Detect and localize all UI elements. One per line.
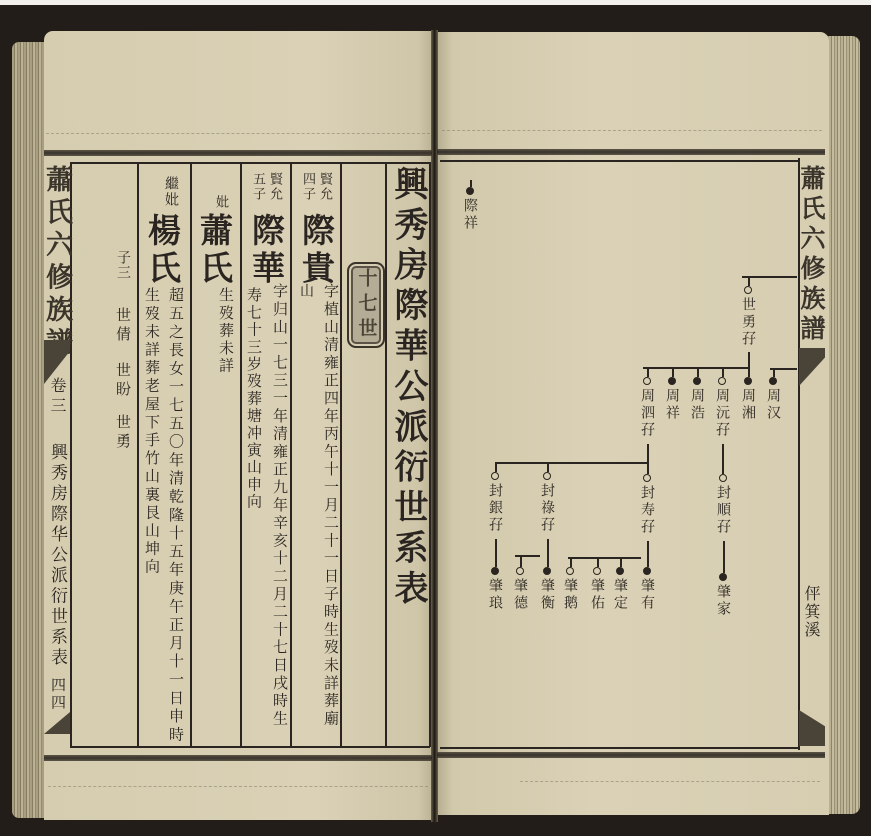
left-bottom-faint-rule (48, 786, 428, 787)
tree-node-name: 周泗孖 (640, 388, 654, 439)
tree-node-name: 封寿孖 (640, 485, 654, 536)
generation-badge-label: 十七世 (357, 268, 376, 343)
tree-node-name: 封順孖 (716, 485, 730, 536)
filled-dot-icon (744, 377, 752, 385)
tree-node-name: 周祥 (665, 388, 679, 422)
tree-connector (470, 180, 472, 187)
tree-connector (570, 557, 572, 567)
left-bottom-thick-rule (44, 755, 432, 761)
left-top-thin-rule (70, 162, 430, 164)
open-circle-icon (566, 567, 574, 575)
column-divider (137, 162, 139, 747)
left-bottom-thin-rule (70, 746, 430, 748)
tree-connector (620, 557, 622, 567)
top-border-strip (0, 0, 871, 5)
tree-node-name: 肇鹅 (563, 578, 577, 612)
tree-node: 肇衡 (538, 567, 556, 612)
filled-dot-icon (668, 377, 676, 385)
left-page-edges (12, 42, 48, 818)
tree-connector (697, 367, 699, 377)
sons-label: 子三 (116, 250, 130, 280)
tree-node: 際祥 (461, 187, 479, 232)
column-divider (290, 162, 292, 747)
tree-connector (647, 444, 649, 474)
entry-name: 際貴 (300, 213, 333, 288)
open-circle-icon (718, 377, 726, 385)
column-divider (240, 162, 242, 747)
tree-connector (515, 555, 540, 557)
entry-detail-wrap: 山 (299, 283, 313, 300)
tree-node: 周浩 (688, 377, 706, 422)
tree-node-name: 封銀孖 (488, 483, 502, 534)
entry-detail: 字归山一七三一年清雍正九年辛亥十二月二十七日戌時生 (272, 283, 287, 728)
entry-name: 際華 (250, 213, 283, 288)
tree-node-name: 肇佑 (590, 578, 604, 612)
filled-dot-icon (693, 377, 701, 385)
tree-node: 肇德 (511, 567, 529, 612)
left-top-faint-rule (46, 133, 430, 134)
filled-dot-icon (769, 377, 777, 385)
tree-node-name: 周汉 (766, 388, 780, 422)
right-top-thick-rule (437, 149, 825, 155)
tree-node: 世勇孖 (739, 286, 757, 348)
tree-node: 周湘 (739, 377, 757, 422)
left-spine-page-number: 四四 (50, 677, 65, 712)
open-circle-icon (719, 474, 727, 482)
table-title: 興秀房際華公派衍世系表 (391, 166, 425, 610)
tree-node-name: 周沅孖 (715, 388, 729, 439)
open-circle-icon (491, 472, 499, 480)
open-circle-icon (643, 377, 651, 385)
tree-connector (672, 367, 674, 377)
entry-detail: 超五之長女一七五〇年清乾隆十五年庚午正月十一日申時 (168, 287, 183, 745)
tree-node: 周沅孖 (713, 377, 731, 439)
filled-dot-icon (491, 567, 499, 575)
right-spine-book-title: 蕭氏六修族譜 (799, 165, 824, 345)
tree-node: 周祥 (663, 377, 681, 422)
right-spine-place-label: 伻箕溪 (803, 585, 819, 639)
entry-relation: 賢允四子 (299, 172, 333, 205)
tree-connector (597, 557, 599, 567)
tree-node: 肇有 (638, 567, 656, 612)
entry-relation: 繼妣 (164, 176, 178, 208)
tree-node: 封銀孖 (486, 472, 504, 534)
left-top-thick-rule (44, 150, 432, 156)
tree-connector (495, 462, 497, 472)
entry-name: 楊氏 (146, 213, 179, 288)
entry-detail: 字植山清雍正四年丙午十一月二十一日子時生歿未詳葬廟 (323, 283, 338, 728)
tree-node: 肇定 (611, 567, 629, 612)
tree-connector (643, 367, 749, 369)
tree-node: 肇佑 (588, 567, 606, 612)
tree-node-name: 肇衡 (540, 578, 554, 612)
entry-detail: 生歿未詳葬老屋下手竹山裏艮山坤向 (144, 287, 159, 577)
tree-connector (748, 276, 750, 286)
tree-connector (723, 541, 725, 573)
tree-node-name: 肇有 (640, 578, 654, 612)
right-bottom-thin-rule (440, 747, 798, 749)
open-circle-icon (643, 474, 651, 482)
tree-connector (547, 462, 549, 472)
tree-node-name: 際祥 (463, 198, 477, 232)
entry-name: 蕭氏 (198, 213, 231, 288)
tree-node-name: 肇定 (613, 578, 627, 612)
tree-connector (647, 367, 649, 377)
open-circle-icon (744, 286, 752, 294)
open-circle-icon (516, 567, 524, 575)
left-spine-section-title: 興秀房際华公派衍世系表 (48, 443, 65, 669)
tree-node-name: 周浩 (690, 388, 704, 422)
filled-dot-icon (643, 567, 651, 575)
right-top-thin-rule (440, 160, 798, 162)
filled-dot-icon (466, 187, 474, 195)
tree-node-name: 肇琅 (488, 578, 502, 612)
tree-node: 肇鹅 (561, 567, 579, 612)
tree-node: 周汉 (764, 377, 782, 422)
tree-node: 封順孖 (714, 474, 732, 536)
tree-connector (520, 555, 522, 567)
right-bottom-thick-rule (437, 752, 825, 758)
left-spine-book-title: 蕭氏六修族譜 (43, 165, 70, 360)
entry-relation: 妣 (214, 195, 227, 210)
column-divider (340, 162, 342, 747)
tree-connector (495, 462, 648, 464)
right-bottom-faint-rule (520, 781, 820, 782)
tree-connector (647, 541, 649, 567)
left-frame-right-border (429, 162, 431, 747)
column-divider (385, 162, 387, 747)
son-name: 世倩 (115, 307, 130, 345)
tree-connector (722, 444, 724, 474)
tree-node: 肇琅 (486, 567, 504, 612)
tree-connector (547, 539, 549, 567)
right-top-faint-rule (442, 130, 822, 131)
tree-node: 肇家 (714, 573, 732, 618)
book-scan: 蕭氏六修族譜 卷三 興秀房際华公派衍世系表 四四 興秀房際華公派衍世系表 十七世… (0, 0, 871, 836)
filled-dot-icon (543, 567, 551, 575)
son-name: 世盼 (115, 362, 130, 400)
filled-dot-icon (616, 567, 624, 575)
tree-node-name: 肇德 (513, 578, 527, 612)
tree-node-name: 周湘 (741, 388, 755, 422)
tree-connector (722, 367, 724, 377)
generation-badge: 十七世 (347, 262, 385, 348)
entry-relation: 賢允五子 (249, 172, 283, 205)
filled-dot-icon (719, 573, 727, 581)
tree-connector (742, 276, 797, 278)
tree-node-name: 肇家 (716, 584, 730, 618)
son-name: 世勇 (115, 414, 130, 452)
tree-node: 封祿孖 (538, 472, 556, 534)
open-circle-icon (543, 472, 551, 480)
column-divider (190, 162, 192, 747)
entry-detail: 生歿葬未詳 (218, 287, 233, 375)
tree-connector (773, 368, 775, 377)
tree-connector (748, 352, 750, 377)
tree-node-name: 封祿孖 (540, 483, 554, 534)
tree-node: 封寿孖 (638, 474, 656, 536)
tree-node: 周泗孖 (638, 377, 656, 439)
tree-connector (495, 539, 497, 567)
tree-connector (568, 557, 641, 559)
tree-node-name: 世勇孖 (741, 297, 755, 348)
entry-detail: 寿七十三岁歿葬塘冲寅山申向 (246, 287, 261, 511)
open-circle-icon (593, 567, 601, 575)
left-spine-volume: 卷三 (49, 377, 65, 417)
